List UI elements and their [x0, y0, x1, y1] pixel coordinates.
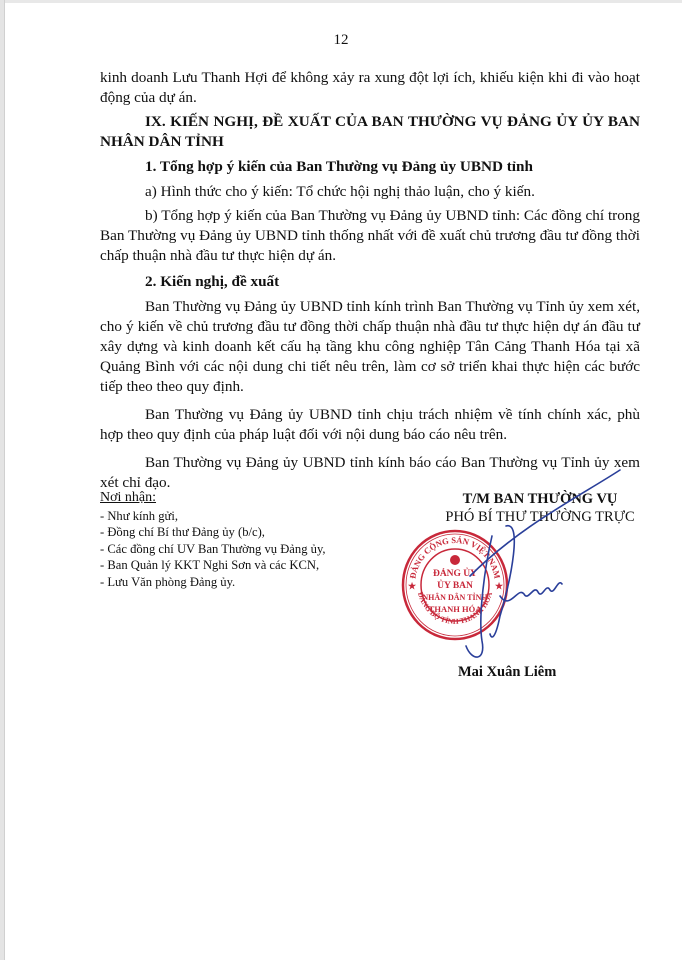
section-title: IX. KIẾN NGHỊ, ĐỀ XUẤT CỦA BAN THƯỜNG VỤ… [100, 112, 640, 152]
recipients-title: Nơi nhận: [100, 490, 380, 507]
continuation-paragraph: kinh doanh Lưu Thanh Hợi để không xảy ra… [100, 68, 640, 108]
recommendation-paragraph: Ban Thường vụ Đảng ủy UBND tỉnh kính trì… [100, 297, 640, 397]
subsection-2-title: 2. Kiến nghị, đề xuất [100, 272, 640, 292]
document-body: kinh doanh Lưu Thanh Hợi để không xảy ra… [100, 68, 640, 497]
recipient-item: - Như kính gửi, [100, 508, 380, 525]
recipient-item: - Lưu Văn phòng Đảng ủy. [100, 574, 380, 591]
recipient-item: - Ban Quản lý KKT Nghi Sơn và các KCN, [100, 557, 380, 574]
recipient-item: - Đồng chí Bí thư Đảng ủy (b/c), [100, 524, 380, 541]
page-border-left [0, 0, 5, 960]
subsection-1-item-b: b) Tổng hợp ý kiến của Ban Thường vụ Đản… [100, 206, 640, 266]
page-border-top [0, 0, 682, 3]
responsibility-paragraph: Ban Thường vụ Đảng ủy UBND tỉnh chịu trá… [100, 405, 640, 445]
recipient-item: - Các đồng chí UV Ban Thường vụ Đảng ủy, [100, 541, 380, 558]
signer-name: Mai Xuân Liêm [458, 664, 556, 681]
svg-text:★: ★ [408, 581, 417, 591]
recipients-block: Nơi nhận: - Như kính gửi, - Đồng chí Bí … [100, 490, 380, 590]
subsection-1-title: 1. Tổng hợp ý kiến của Ban Thường vụ Đản… [100, 157, 640, 177]
subsection-1-item-a: a) Hình thức cho ý kiến: Tổ chức hội ngh… [100, 182, 640, 202]
handwritten-signature-icon [430, 466, 630, 666]
page-number: 12 [0, 32, 682, 49]
